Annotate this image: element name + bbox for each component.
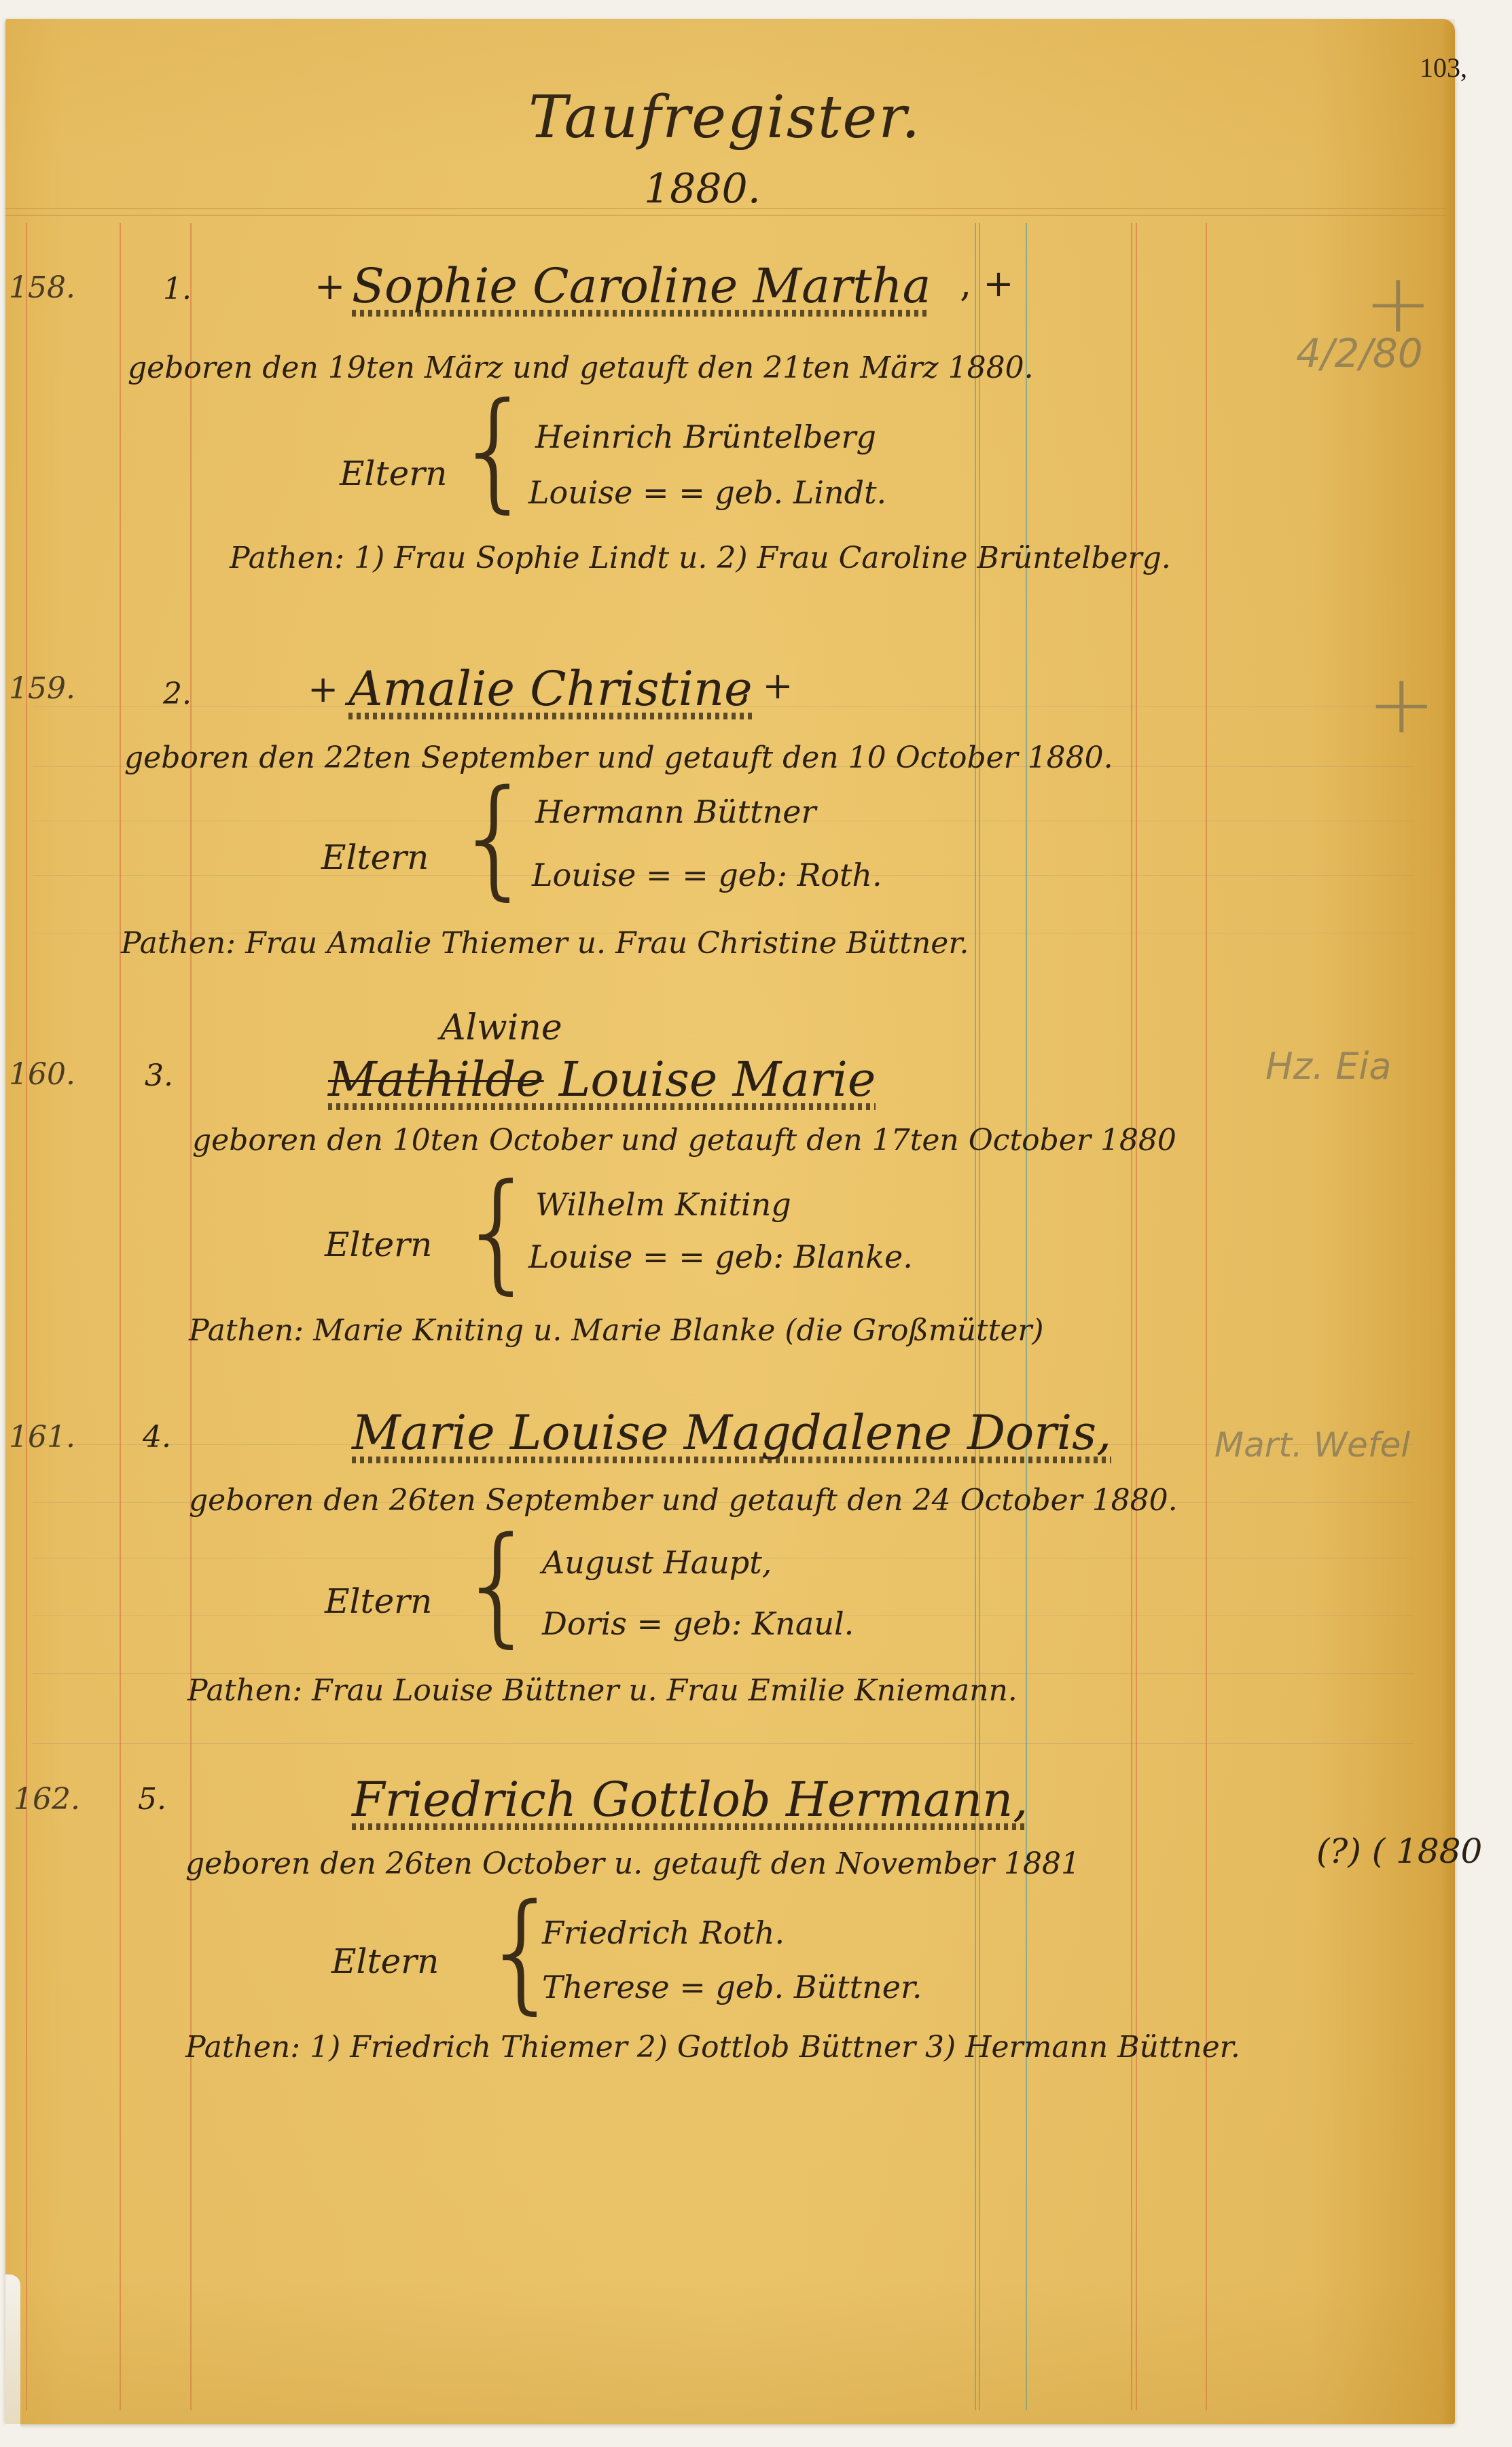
father-name: Friedrich Roth. — [542, 1914, 785, 1951]
struck-first-name: Mathilde — [328, 1052, 544, 1107]
inserted-first-name: Alwine — [440, 1007, 562, 1048]
parents-label: Eltern — [325, 1582, 432, 1621]
deceased-mark: + — [308, 668, 338, 711]
name-underline — [352, 1457, 1111, 1463]
register-number: 159. — [9, 671, 75, 706]
parents-brace: { — [457, 1167, 539, 1296]
register-page: Taufregister. 1880. 103, 158. 1. + Sophi… — [5, 19, 1455, 2424]
child-name: Amalie Christine — [348, 661, 753, 719]
parents-label: Eltern — [331, 1942, 439, 1981]
name-underline — [352, 1823, 1028, 1830]
ruling-line — [33, 1743, 1414, 1744]
godparents-line: Pathen: 1) Frau Sophie Lindt u. 2) Frau … — [230, 541, 1171, 575]
godparents-line: Pathen: Marie Kniting u. Marie Blanke (d… — [189, 1313, 1044, 1348]
father-name: Wilhelm Kniting — [535, 1186, 791, 1223]
child-name: Friedrich Gottlob Hermann, — [352, 1772, 1028, 1830]
birth-baptism-line: geboren den 26ten September und getauft … — [189, 1483, 1178, 1518]
birth-baptism-line: geboren den 19ten März und getauft den 2… — [128, 351, 1034, 385]
birth-baptism-line: geboren den 10ten October und getauft de… — [192, 1123, 1176, 1158]
column-rule-red-2 — [1206, 223, 1207, 2410]
name-suffix-mark: , + — [960, 262, 1014, 305]
child-name: Marie Louise Magdalene Doris, — [352, 1405, 1111, 1463]
column-rule-margin — [26, 223, 27, 2410]
torn-corner — [5, 2274, 20, 2444]
godparents-line: Pathen: Frau Louise Büttner u. Frau Emil… — [187, 1673, 1018, 1708]
name-underline — [348, 713, 753, 719]
column-rule-register — [120, 223, 121, 2410]
mother-name: Doris = geb: Knaul. — [542, 1605, 854, 1642]
entry-number: 2. — [163, 677, 192, 711]
entry-number: 1. — [163, 272, 192, 306]
godparents-line: Pathen: 1) Friedrich Thiemer 2) Gottlob … — [185, 2030, 1240, 2065]
father-name: Heinrich Brüntelberg — [535, 418, 876, 455]
parents-brace: { — [454, 773, 536, 902]
name-suffix-mark: , + — [739, 664, 793, 707]
entry-number: 5. — [138, 1782, 166, 1817]
deceased-mark: + — [314, 265, 345, 308]
year-correction: (?) ( 1880 — [1316, 1832, 1482, 1871]
header-rule-bottom — [5, 215, 1447, 216]
entry-number: 4. — [143, 1420, 171, 1454]
register-number: 162. — [14, 1782, 80, 1817]
mother-name: Louise = = geb: Roth. — [532, 857, 882, 893]
father-name: August Haupt, — [542, 1544, 772, 1581]
name-underline — [328, 1103, 876, 1110]
mother-name: Louise = = geb. Lindt. — [528, 474, 886, 511]
register-title: Taufregister. — [528, 84, 921, 151]
parents-label: Eltern — [321, 838, 429, 877]
register-number: 161. — [9, 1420, 75, 1454]
margin-note: Mart. Wefel — [1214, 1425, 1410, 1465]
parents-label: Eltern — [325, 1225, 432, 1264]
register-year: 1880. — [644, 165, 761, 213]
mother-name: Therese = geb. Büttner. — [542, 1969, 922, 2005]
parents-label: Eltern — [340, 454, 447, 493]
godparents-line: Pathen: Frau Amalie Thiemer u. Frau Chri… — [121, 926, 969, 961]
register-number: 158. — [9, 270, 75, 305]
name-underline — [352, 310, 931, 317]
child-name: Sophie Caroline Martha — [352, 258, 931, 317]
margin-note: Hz. Eia — [1265, 1045, 1392, 1088]
parents-brace: { — [454, 386, 536, 515]
parents-brace: { — [457, 1520, 539, 1649]
father-name: Hermann Büttner — [535, 793, 816, 830]
register-number: 160. — [9, 1057, 75, 1092]
birth-baptism-line: geboren den 26ten October u. getauft den… — [185, 1846, 1080, 1881]
margin-deceased-cross: + — [1367, 658, 1436, 752]
birth-baptism-line: geboren den 22ten September und getauft … — [124, 740, 1113, 775]
mother-name: Louise = = geb: Blanke. — [528, 1238, 913, 1275]
entry-number: 3. — [145, 1058, 173, 1093]
child-name: Mathilde Louise Marie — [328, 1052, 876, 1110]
page-number: 103, — [1420, 52, 1467, 84]
margin-death-date: 4/2/80 — [1296, 330, 1423, 376]
